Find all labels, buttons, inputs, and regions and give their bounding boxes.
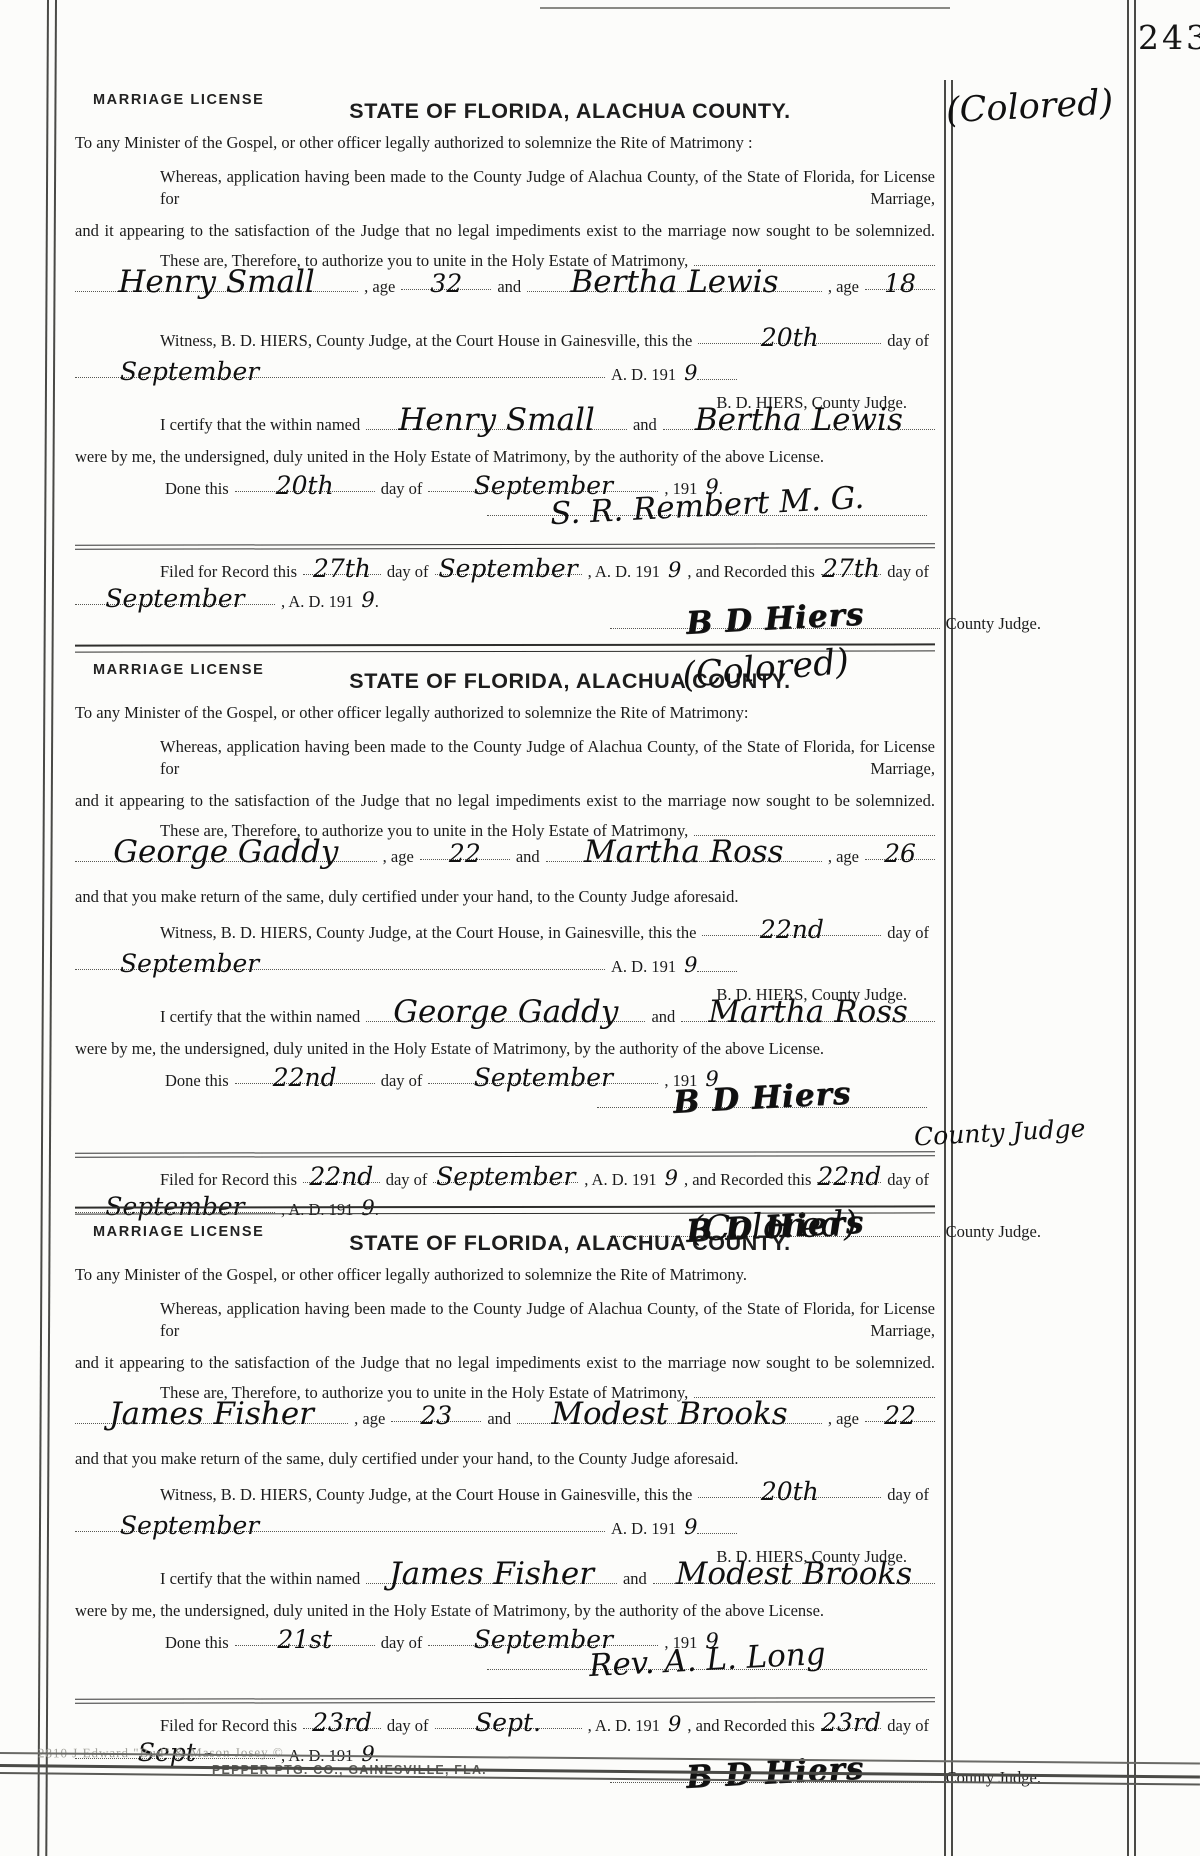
section-rule (75, 543, 935, 550)
filed-day-line: 23rd (303, 1713, 381, 1729)
age-label: , age (377, 846, 420, 868)
witness-text: Witness, B. D. HIERS, County Judge, at t… (75, 330, 698, 352)
filed-day: 23rd (312, 1710, 372, 1735)
license-record-3: MARRIAGE LICENSE STATE OF FLORIDA, ALACH… (75, 1218, 935, 1758)
register-page: 243 MARRIAGE LICENSE STATE OF FLORIDA, A… (0, 0, 1200, 1856)
colored-annotation: (Colored) (689, 1207, 857, 1248)
filed-year: 9 (668, 1714, 681, 1735)
age-label: , age (822, 1408, 865, 1430)
done-month-line: September (428, 1068, 658, 1084)
recorded-month-line: September (75, 589, 275, 605)
united-clause: were by me, the undersigned, duly united… (75, 446, 935, 468)
witness-year: 9 (684, 363, 697, 384)
certify-bride-name: Martha Ross (708, 997, 908, 1028)
filed-day-line: 22nd (303, 1167, 380, 1183)
groom-name-line: George Gaddy (75, 846, 377, 862)
page-rule (540, 7, 950, 9)
blank-line (697, 1518, 737, 1534)
certify-line: I certify that the within named James Fi… (75, 1568, 935, 1590)
day-of-label: day of (375, 1070, 429, 1092)
done-month-line: September (428, 476, 658, 492)
certify-line: I certify that the within named Henry Sm… (75, 414, 935, 436)
judge-signature-line: B D Hiers (610, 613, 940, 629)
ad-label: A. D. 191 (605, 956, 682, 978)
recorded-day-line: 22nd (817, 1167, 881, 1183)
groom-name: James Fisher (109, 1399, 314, 1430)
license-record-1: MARRIAGE LICENSE STATE OF FLORIDA, ALACH… (75, 86, 935, 642)
page-rule (0, 62, 1200, 83)
day-of-label: day of (381, 1715, 435, 1737)
done-month-line: September (428, 1630, 658, 1646)
page-content: MARRIAGE LICENSE STATE OF FLORIDA, ALACH… (75, 86, 935, 1758)
certify-bride-line: Martha Ross (681, 1006, 935, 1022)
certify-bride-name: Bertha Lewis (695, 405, 903, 436)
return-clause: and that you make return of the same, du… (75, 886, 935, 908)
whereas-clause: Whereas, application having been made to… (75, 736, 935, 780)
certify-groom-line: Henry Small (366, 414, 627, 430)
witness-year: 9 (684, 955, 697, 976)
margin-rule (944, 80, 946, 1856)
colored-annotation: (Colored) (945, 86, 1114, 130)
and-recorded-label: , and Recorded this (678, 1169, 817, 1191)
certify-bride-name: Modest Brooks (676, 1559, 912, 1590)
bride-age-line: 18 (865, 274, 935, 290)
license-header: MARRIAGE LICENSE STATE OF FLORIDA, ALACH… (75, 1218, 935, 1256)
filed-day: 27th (313, 556, 371, 581)
ad-label: , A. D. 191 (275, 591, 359, 613)
certify-groom-line: James Fisher (366, 1568, 617, 1584)
return-clause: and that you make return of the same, du… (75, 1448, 935, 1470)
blank-line (697, 364, 737, 380)
parties-line: James Fisher , age 23 and Modest Brooks … (75, 1406, 935, 1442)
officiant-signature-row: S. R. Rembert M. G. (75, 500, 935, 538)
age-label: , age (822, 276, 865, 298)
day-of-label: day of (380, 1169, 434, 1191)
ad-label: , A. D. 191 (582, 561, 666, 583)
certify-groom-name: George Gaddy (393, 997, 618, 1028)
filed-month-line: September (435, 559, 582, 575)
witness-month: September (120, 951, 259, 976)
and-label: and (627, 414, 663, 436)
witness-text: Witness, B. D. HIERS, County Judge, at t… (75, 1484, 698, 1506)
ad-label: A. D. 191 (605, 364, 682, 386)
impediments-clause: and it appearing to the satisfaction of … (75, 790, 935, 812)
filed-day: 22nd (309, 1164, 373, 1189)
groom-age: 23 (420, 1403, 452, 1428)
witness-day: 20th (761, 325, 819, 350)
day-of-label: day of (881, 1715, 935, 1737)
recorded-day: 23rd (821, 1710, 881, 1735)
officiant-signature-row: Rev. A. L. Long (75, 1654, 935, 1692)
county-judge-label: County Judge. (940, 1767, 1047, 1789)
age-label: , age (358, 276, 401, 298)
done-day: 22nd (273, 1065, 337, 1090)
witness-line: Witness, B. D. HIERS, County Judge, at t… (75, 1482, 935, 1506)
and-label: and (645, 1006, 681, 1028)
groom-name: Henry Small (118, 267, 314, 298)
filed-month-line: Sept. (435, 1713, 582, 1729)
officiant-signature: B D Hiers (672, 1078, 852, 1118)
certify-groom-line: George Gaddy (366, 1006, 645, 1022)
officiant-signature: Rev. A. L. Long (588, 1639, 826, 1682)
groom-age: 32 (430, 271, 462, 296)
witness-line: Witness, B. D. HIERS, County Judge, at t… (75, 328, 935, 352)
witness-day: 20th (761, 1479, 819, 1504)
recorded-day-line: 27th (821, 559, 882, 575)
certify-groom-name: James Fisher (389, 1559, 594, 1590)
filed-month: September (438, 556, 577, 581)
witness-month-line: September A. D. 191 9 (75, 954, 935, 978)
witness-month: September (120, 1513, 259, 1538)
bride-name: Martha Ross (584, 837, 784, 868)
day-of-label: day of (881, 1484, 935, 1506)
filed-label: Filed for Record this (75, 1169, 303, 1191)
impediments-clause: and it appearing to the satisfaction of … (75, 220, 935, 242)
done-day-line: 20th (235, 476, 375, 492)
ad-label: A. D. 191 (605, 1518, 682, 1540)
groom-name-line: Henry Small (75, 276, 358, 292)
filed-day-line: 27th (303, 559, 381, 575)
bride-age: 18 (884, 271, 916, 296)
officiant-title-row: County Judge (75, 1120, 1085, 1146)
filed-month: September (436, 1164, 575, 1189)
blank-line (697, 956, 737, 972)
filed-year: 9 (665, 1168, 678, 1189)
county-judge-label: County Judge. (940, 613, 1047, 635)
margin-rule (1134, 0, 1136, 1856)
witness-year: 9 (684, 1517, 697, 1538)
filed-line: Filed for Record this 23rd day of Sept. … (75, 1713, 935, 1737)
filed-line: Filed for Record this 27th day of Septem… (75, 559, 935, 583)
filed-label: Filed for Record this (75, 1715, 303, 1737)
united-clause: were by me, the undersigned, duly united… (75, 1600, 935, 1622)
filed-block: Filed for Record this 27th day of Septem… (75, 538, 935, 651)
groom-name-line: James Fisher (75, 1408, 348, 1424)
day-of-label: day of (881, 561, 935, 583)
bride-age-line: 26 (865, 844, 935, 860)
judge-signature: B D Hiers (685, 599, 865, 639)
certify-text: I certify that the within named (75, 414, 366, 436)
salutation: To any Minister of the Gospel, or other … (75, 1264, 935, 1286)
witness-month-blank: September (75, 954, 605, 970)
day-of-label: day of (375, 478, 429, 500)
filed-year: 9 (668, 560, 681, 581)
and-recorded-label: , and Recorded this (681, 1715, 820, 1737)
age-label: , age (348, 1408, 391, 1430)
day-of-label: day of (375, 1632, 429, 1654)
parties-line: Henry Small , age 32 and Bertha Lewis , … (75, 274, 935, 310)
section-rule (75, 1151, 935, 1158)
ad-label: , A. D. 191 (582, 1715, 666, 1737)
page-number: 243 (1138, 18, 1200, 57)
done-day: 20th (276, 473, 334, 498)
certify-bride-line: Bertha Lewis (663, 414, 935, 430)
recorded-day-line: 23rd (821, 1713, 882, 1729)
salutation: To any Minister of the Gospel, or other … (75, 132, 935, 154)
officiant-signature-line: S. R. Rembert M. G. (487, 500, 927, 516)
witness-day-line: 20th (698, 328, 881, 344)
done-day-line: 21st (235, 1630, 375, 1646)
witness-day-line: 20th (698, 1482, 881, 1498)
recorded-month: September (105, 586, 244, 611)
day-of-label: day of (381, 561, 435, 583)
groom-age: 22 (449, 841, 481, 866)
bride-name: Modest Brooks (551, 1399, 787, 1430)
recorded-year: 9 (361, 590, 374, 611)
license-header: MARRIAGE LICENSE STATE OF FLORIDA, ALACH… (75, 86, 935, 124)
witness-month-blank: September (75, 362, 605, 378)
license-header: MARRIAGE LICENSE STATE OF FLORIDA, ALACH… (75, 656, 935, 694)
recorded-day: 22nd (817, 1164, 881, 1189)
certify-bride-line: Modest Brooks (653, 1568, 935, 1584)
filed-month: Sept. (475, 1710, 541, 1735)
groom-name: George Gaddy (113, 837, 338, 868)
groom-age-line: 22 (420, 844, 510, 860)
united-clause: were by me, the undersigned, duly united… (75, 1038, 935, 1060)
county-judge-label: County Judge. (940, 1221, 1047, 1243)
day-of-label: day of (881, 1169, 935, 1191)
officiant-signature-line: Rev. A. L. Long (487, 1654, 927, 1670)
certify-text: I certify that the within named (75, 1568, 366, 1590)
and-label: and (481, 1408, 517, 1430)
bride-age: 26 (884, 841, 916, 866)
bride-name: Bertha Lewis (571, 267, 779, 298)
day-of-label: day of (881, 922, 935, 944)
bride-name-line: Martha Ross (546, 846, 822, 862)
witness-day-line: 22nd (702, 920, 881, 936)
done-day: 21st (277, 1627, 332, 1652)
witness-line: Witness, B. D. HIERS, County Judge, at t… (75, 920, 935, 944)
bride-name-line: Modest Brooks (517, 1408, 822, 1424)
filed-month-line: September (433, 1167, 578, 1183)
margin-rule (1127, 0, 1129, 1856)
recorded-day: 27th (822, 556, 880, 581)
certify-text: I certify that the within named (75, 1006, 366, 1028)
whereas-clause: Whereas, application having been made to… (75, 166, 935, 210)
done-this-label: Done this (75, 1070, 235, 1092)
certify-line: I certify that the within named George G… (75, 1006, 935, 1028)
ad-label: , A. D. 191 (578, 1169, 662, 1191)
witness-month-blank: September (75, 1516, 605, 1532)
salutation: To any Minister of the Gospel, or other … (75, 702, 935, 724)
age-label: , age (822, 846, 865, 868)
filed-label: Filed for Record this (75, 561, 303, 583)
officiant-title: County Judge (913, 1116, 1086, 1150)
done-this-label: Done this (75, 1632, 235, 1654)
parties-line: George Gaddy , age 22 and Martha Ross , … (75, 844, 935, 880)
and-label: and (617, 1568, 653, 1590)
margin-rule (951, 80, 953, 1856)
filed-line: Filed for Record this 22nd day of Septem… (75, 1167, 935, 1191)
witness-day: 22nd (760, 917, 824, 942)
done-day-line: 22nd (235, 1068, 375, 1084)
witness-text: Witness, B. D. HIERS, County Judge, at t… (75, 922, 702, 944)
groom-age-line: 32 (401, 274, 491, 290)
officiant-signature-line: B D Hiers (597, 1092, 927, 1108)
and-recorded-label: , and Recorded this (681, 561, 820, 583)
whereas-clause: Whereas, application having been made to… (75, 1298, 935, 1342)
bride-age-line: 22 (865, 1406, 935, 1422)
section-rule (75, 1697, 935, 1704)
and-label: and (510, 846, 546, 868)
period: . (375, 591, 379, 613)
license-record-2: MARRIAGE LICENSE STATE OF FLORIDA, ALACH… (75, 656, 935, 1204)
done-this-label: Done this (75, 478, 235, 500)
done-month: September (474, 1065, 613, 1090)
witness-month-line: September A. D. 191 9 (75, 1516, 935, 1540)
day-of-label: day of (881, 330, 935, 352)
witness-month: September (120, 359, 259, 384)
certify-groom-name: Henry Small (398, 405, 594, 436)
bride-name-line: Bertha Lewis (527, 276, 822, 292)
impediments-clause: and it appearing to the satisfaction of … (75, 1352, 935, 1374)
and-label: and (491, 276, 527, 298)
groom-age-line: 23 (391, 1406, 481, 1422)
bride-age: 22 (884, 1403, 916, 1428)
witness-month-line: September A. D. 191 9 (75, 362, 935, 386)
